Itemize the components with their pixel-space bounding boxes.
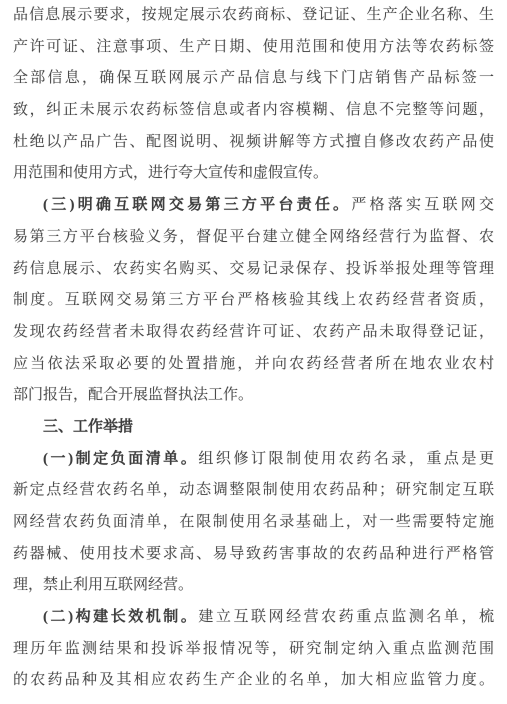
text-run: 理，禁止利用互联网经营。	[13, 577, 193, 593]
text-line: 易第三方平台核验义务，督促平台建立健全网络经营行为监督、农	[13, 222, 494, 254]
text-line: 新定点经营农药名单，动态调整限制使用农药品种；研究制定互联	[13, 475, 494, 507]
paragraph-end-line: 理，禁止利用互联网经营。	[13, 570, 494, 602]
paragraph-end-line: 部门报告，配合开展监督执法工作。	[13, 380, 494, 412]
paragraph-start-line: (一)制定负面清单。组织修订限制使用农药名录，重点是更	[13, 444, 494, 476]
text-run: 药信息展示、农药实名购买、交易记录保存、投诉举报处理等管理	[13, 261, 494, 277]
bold-heading-run: (一)制定负面清单。	[43, 451, 198, 467]
text-line: 网经营农药负面清单，在限制使用名录基础上，对一些需要特定施	[13, 507, 494, 539]
text-run: 建立互联网经营农药重点监测名单，梳	[198, 609, 494, 625]
paragraph-end-line: 的农药品种及其相应农药生产企业的名单，加大相应监管力度。	[13, 665, 494, 697]
text-run: 杜绝以产品广告、配图说明、视频讲解等方式擅自修改农药产品使	[13, 134, 494, 150]
text-run: 新定点经营农药名单，动态调整限制使用农药品种；研究制定互联	[13, 482, 494, 498]
text-run: 严格落实互联网交	[351, 197, 494, 213]
text-run: 制度。互联网交易第三方平台严格核验其线上农药经营者资质，	[13, 292, 494, 308]
text-run: 易第三方平台核验义务，督促平台建立健全网络经营行为监督、农	[13, 229, 494, 245]
text-line: 杜绝以产品广告、配图说明、视频讲解等方式擅自修改农药产品使	[13, 127, 494, 159]
text-line: 药信息展示、农药实名购买、交易记录保存、投诉举报处理等管理	[13, 254, 494, 286]
paragraph-start-line: (二)构建长效机制。建立互联网经营农药重点监测名单，梳	[13, 602, 494, 634]
text-run: 的农药品种及其相应农药生产企业的名单，加大相应监管力度。	[13, 672, 494, 688]
text-line: 应当依法采取必要的处置措施，并向农药经营者所在地农业农村	[13, 349, 494, 381]
text-run: 网经营农药负面清单，在限制使用名录基础上，对一些需要特定施	[13, 514, 494, 530]
document-page: 品信息展示要求，按规定展示农药商标、登记证、生产企业名称、生 产许可证、注意事项…	[0, 0, 507, 704]
text-run: 发现农药经营者未取得农药经营许可证、农药产品未取得登记证，	[13, 324, 494, 340]
text-line: 全部信息，确保互联网展示产品信息与线下门店销售产品标签一	[13, 63, 494, 95]
text-line: 制度。互联网交易第三方平台严格核验其线上农药经营者资质，	[13, 285, 494, 317]
text-run: 致，纠正未展示农药标签信息或者内容模糊、信息不完整等问题，	[13, 102, 494, 118]
text-run: 部门报告，配合开展监督执法工作。	[13, 387, 253, 403]
paragraph-end-line: 用范围和使用方式，进行夸大宣传和虚假宣传。	[13, 158, 494, 190]
text-run: 产许可证、注意事项、生产日期、使用范围和使用方法等农药标签	[13, 39, 494, 55]
section-heading-line: 三、工作举措	[13, 412, 494, 444]
text-line: 产许可证、注意事项、生产日期、使用范围和使用方法等农药标签	[13, 32, 494, 64]
text-run: 品信息展示要求，按规定展示农药商标、登记证、生产企业名称、生	[13, 7, 494, 23]
text-run: 理历年监测结果和投诉举报情况等，研究制定纳入重点监测范围	[13, 641, 494, 657]
text-run: 药器械、使用技术要求高、易导致药害事故的农药品种进行严格管	[13, 546, 494, 562]
section-heading-run: 三、工作举措	[43, 419, 133, 435]
text-line: 致，纠正未展示农药标签信息或者内容模糊、信息不完整等问题，	[13, 95, 494, 127]
text-run: 应当依法采取必要的处置措施，并向农药经营者所在地农业农村	[13, 356, 494, 372]
text-run: 全部信息，确保互联网展示产品信息与线下门店销售产品标签一	[13, 70, 494, 86]
text-line: 药器械、使用技术要求高、易导致药害事故的农药品种进行严格管	[13, 539, 494, 571]
text-column: 品信息展示要求，按规定展示农药商标、登记证、生产企业名称、生 产许可证、注意事项…	[13, 0, 494, 697]
text-line: 发现农药经营者未取得农药经营许可证、农药产品未取得登记证，	[13, 317, 494, 349]
bold-heading-run: (三)明确互联网交易第三方平台责任。	[43, 197, 351, 213]
bold-heading-run: (二)构建长效机制。	[43, 609, 198, 625]
text-line: 理历年监测结果和投诉举报情况等，研究制定纳入重点监测范围	[13, 634, 494, 666]
text-run: 用范围和使用方式，进行夸大宣传和虚假宣传。	[13, 165, 328, 181]
text-line: 品信息展示要求，按规定展示农药商标、登记证、生产企业名称、生	[13, 0, 494, 32]
text-run: 组织修订限制使用农药名录，重点是更	[198, 451, 494, 467]
paragraph-start-line: (三)明确互联网交易第三方平台责任。严格落实互联网交	[13, 190, 494, 222]
